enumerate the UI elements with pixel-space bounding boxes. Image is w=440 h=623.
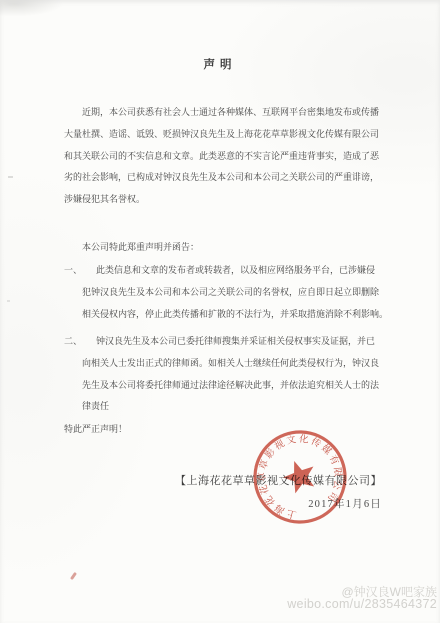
company-seal: 上海花花草草影视文化传媒有限公司 [247, 424, 353, 530]
text-line: 劣的社会影响，已构成对钟汉良先生及本公司和本公司之关联公司的严重诽谤， [64, 167, 382, 189]
item-2-marker: 二、 [64, 331, 96, 353]
text-line: 律责任 [82, 396, 400, 418]
text-line: 犯钟汉良先生及本公司和本公司之关联公司的名誉权，应自即日起立即删除 [82, 282, 400, 304]
text-line: 近期，本公司获悉有社会人士通过各种媒体、互联网平台密集地发布或传播 [64, 102, 382, 124]
item-2-text: 钟汉良先生及本公司已委托律师搜集并采证相关侵权事实及证据，并已 [96, 336, 375, 346]
text-line: 相关侵权内容，停止此类传播和扩散的不法行为，并采取措施消除不利影响。 [82, 304, 400, 326]
item-1-marker: 一、 [64, 260, 96, 282]
text-line: 先生及本公司将委托律师通过法律途径解决此事，并依法追究相关人士的法 [82, 375, 400, 397]
text-line: 和其关联公司的不实信息和文章。此类恶意的不实言论严重违背事实，造成了恶 [64, 146, 382, 168]
statement-item-2-first-line: 二、钟汉良先生及本公司已委托律师搜集并采证相关侵权事实及证据，并已 [82, 331, 400, 353]
watermark-url: weibo.com/u/2835464372 [287, 597, 437, 611]
item-1-text: 此类信息和文章的发布者或转载者，以及相应网络服务平台，已涉嫌侵 [96, 265, 375, 275]
text-line: 涉嫌侵犯其名誉权。 [64, 189, 382, 211]
statement-item-1-continuation: 犯钟汉良先生及本公司和本公司之关联公司的名誉权，应自即日起立即删除相关侵权内容，… [82, 282, 400, 326]
scan-speck [8, 176, 13, 178]
statement-item-2: 二、钟汉良先生及本公司已委托律师搜集并采证相关侵权事实及证据，并已 向相关人士发… [64, 331, 400, 418]
statement-item-1-first-line: 一、此类信息和文章的发布者或转载者，以及相应网络服务平台，已涉嫌侵 [82, 260, 400, 282]
scan-speck [7, 300, 10, 302]
document-title: 声明 [0, 56, 440, 72]
statement-item-1: 一、此类信息和文章的发布者或转载者，以及相应网络服务平台，已涉嫌侵 犯钟汉良先生… [64, 260, 400, 325]
declaration-lead: 本公司特此郑重声明并函告： [64, 237, 382, 259]
opening-paragraph: 近期，本公司获悉有社会人士通过各种媒体、互联网平台密集地发布或传播大量杜撰、造谣… [64, 102, 382, 211]
text-line: 大量杜撰、造谣、诋毁、贬损钟汉良先生及上海花花草草影视文化传媒有限公司 [64, 124, 382, 146]
document-page: 声明 近期，本公司获悉有社会人士通过各种媒体、互联网平台密集地发布或传播大量杜撰… [0, 0, 440, 623]
text-line: 向相关人士发出正式的律师函。如相关人士继续任何此类侵权行为，钟汉良 [82, 353, 400, 375]
statement-item-2-continuation: 向相关人士发出正式的律师函。如相关人士继续任何此类侵权行为，钟汉良先生及本公司将… [82, 353, 400, 418]
ink-speck [70, 572, 77, 580]
seal-star-icon [279, 455, 320, 495]
